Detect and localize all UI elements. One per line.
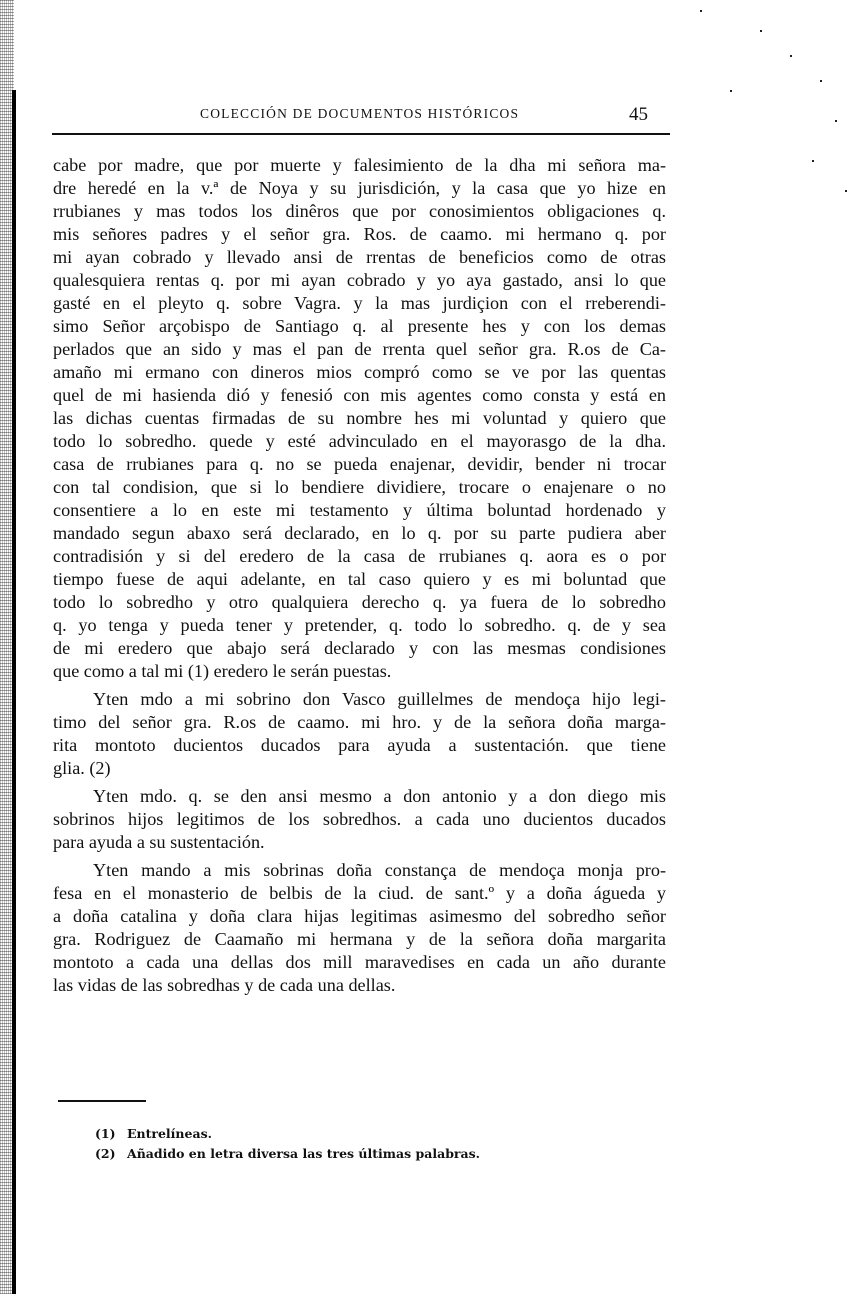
text-line: todo lo sobredho y otro qualquiera derec… (53, 591, 666, 614)
scan-noise (835, 120, 837, 122)
text-line: mi ayan cobrado y llevado ansi de rrenta… (53, 246, 666, 269)
text-line: rita montoto ducientos ducados para ayud… (53, 734, 666, 757)
text-line: glia. (2) (53, 757, 666, 780)
text-line: para ayuda a su sustentación. (53, 831, 666, 854)
text-line: montoto a cada una dellas dos mill marav… (53, 951, 666, 974)
footnote-2: (2)Añadido en letra diversa las tres últ… (95, 1144, 480, 1164)
text-line: sobrinos hijos legitimos de los sobredho… (53, 808, 666, 831)
text-line: q. yo tenga y pueda tener y pretender, q… (53, 614, 666, 637)
text-line: perlados que an sido y mas el pan de rre… (53, 338, 666, 361)
footnote-number: (2) (95, 1144, 127, 1164)
text-line: gra. Rodriguez de Caamaño mi hermana y d… (53, 928, 666, 951)
text-line: consentiere a lo en este mi testamento y… (53, 499, 666, 522)
paragraph-1: cabe por madre, que por muerte y falesim… (53, 154, 666, 683)
text-line: todo lo sobredho. quede y esté advincula… (53, 430, 666, 453)
scan-noise (700, 10, 702, 12)
footnote-rule (58, 1100, 146, 1102)
text-line: mandado segun abaxo será declarado, en l… (53, 522, 666, 545)
page-number: 45 (629, 104, 648, 126)
text-line: con tal condision, que si lo bendiere di… (53, 476, 666, 499)
text-line: a doña catalina y doña clara hijas legit… (53, 905, 666, 928)
footnotes: (1)Entrelíneas. (2)Añadido en letra dive… (95, 1124, 480, 1164)
text-line: dre heredé en la v.ª de Noya y su jurisd… (53, 177, 666, 200)
text-line: contradisión y si del eredero de la casa… (53, 545, 666, 568)
text-line: Yten mdo a mi sobrino don Vasco guillelm… (53, 688, 666, 711)
text-line: fesa en el monasterio de belbis de la ci… (53, 882, 666, 905)
footnote-1: (1)Entrelíneas. (95, 1124, 480, 1144)
running-head: Colección de documentos históricos 45 (52, 106, 670, 134)
text-line: Yten mdo. q. se den ansi mesmo a don ant… (53, 785, 666, 808)
text-line: mis señores padres y el señor gra. Ros. … (53, 223, 666, 246)
body-text: cabe por madre, que por muerte y falesim… (53, 154, 666, 997)
text-line: tiempo fuese de aqui adelante, en tal ca… (53, 568, 666, 591)
text-line: simo Señor arçobispo de Santiago q. al p… (53, 315, 666, 338)
scan-noise (812, 160, 814, 162)
header-rule (52, 133, 670, 135)
scan-noise (760, 30, 762, 32)
paragraph-2: Yten mdo a mi sobrino don Vasco guillelm… (53, 688, 666, 780)
text-line: cabe por madre, que por muerte y falesim… (53, 154, 666, 177)
paragraph-3: Yten mdo. q. se den ansi mesmo a don ant… (53, 785, 666, 854)
scan-noise (790, 55, 792, 57)
text-line: Yten mando a mis sobrinas doña constança… (53, 859, 666, 882)
scan-noise (820, 80, 822, 82)
text-line: de mi eredero que abajo será declarado y… (53, 637, 666, 660)
footnote-number: (1) (95, 1124, 127, 1144)
text-line: quel de mi hasienda dió y fenesió con mi… (53, 384, 666, 407)
text-line: las dichas cuentas firmadas de su nombre… (53, 407, 666, 430)
text-line: que como a tal mi (1) eredero le serán p… (53, 660, 666, 683)
text-line: gasté en el pleyto q. sobre Vagra. y la … (53, 292, 666, 315)
scan-noise (730, 90, 732, 92)
text-line: las vidas de las sobredhas y de cada una… (53, 974, 666, 997)
footnote-text: Entrelíneas. (127, 1126, 212, 1141)
running-title: Colección de documentos históricos (200, 106, 519, 122)
text-line: qualesquiera rentas q. por mi ayan cobra… (53, 269, 666, 292)
footnote-text: Añadido en letra diversa las tres última… (127, 1146, 480, 1161)
text-line: amaño mi ermano con dineros mios compró … (53, 361, 666, 384)
text-line: rrubianes y mas todos los dinêros que po… (53, 200, 666, 223)
paragraph-4: Yten mando a mis sobrinas doña constança… (53, 859, 666, 997)
text-line: timo del señor gra. R.os de caamo. mi hr… (53, 711, 666, 734)
scan-edge-shadow (12, 90, 16, 1294)
scan-noise (845, 190, 847, 192)
text-line: casa de rrubianes para q. no se pueda en… (53, 453, 666, 476)
